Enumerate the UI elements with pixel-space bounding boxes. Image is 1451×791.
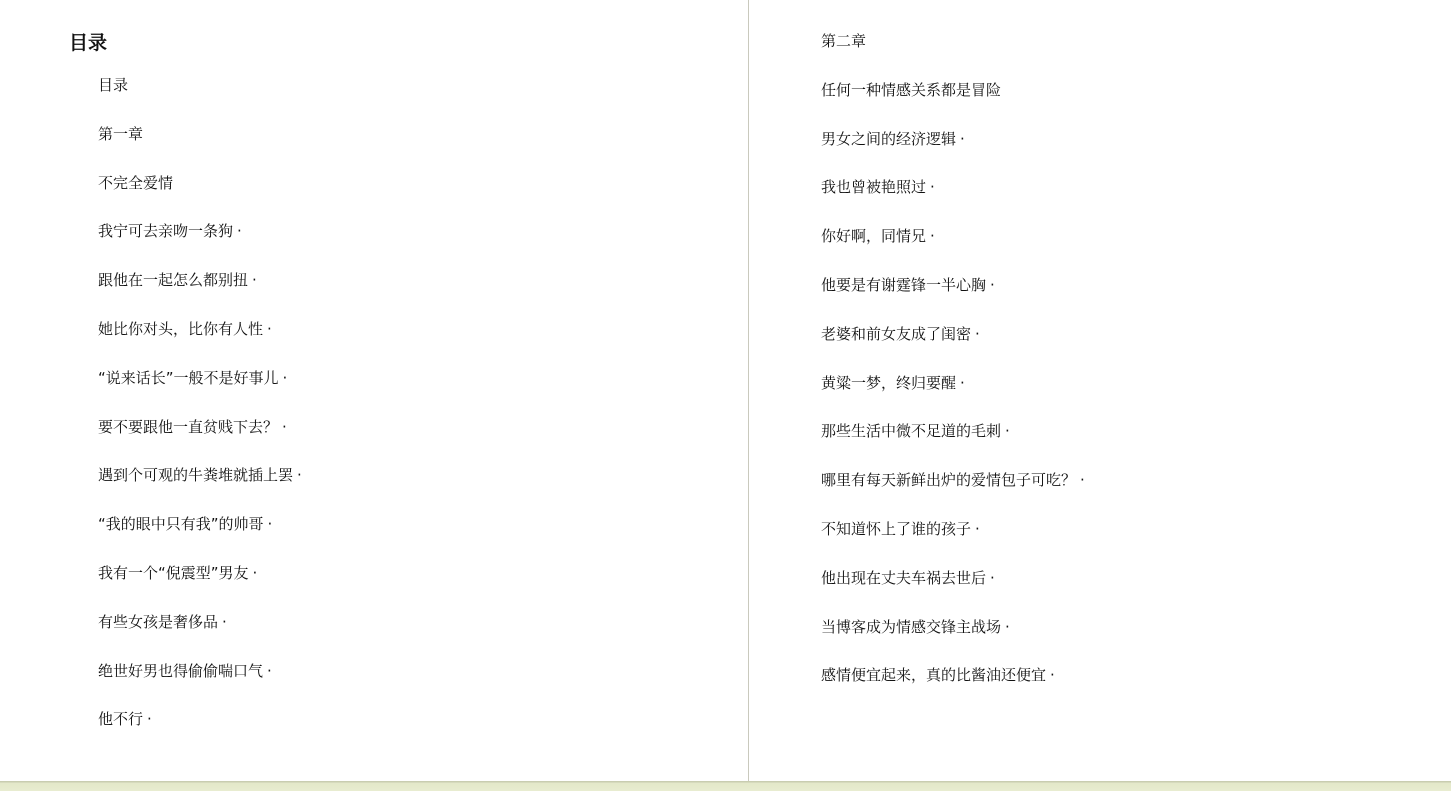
toc-item-label: 目录 bbox=[98, 76, 128, 94]
toc-item[interactable]: 要不要跟他一直贫贱下去？· bbox=[98, 417, 302, 466]
toc-item[interactable]: 你好啊，同情兄· bbox=[821, 226, 1085, 275]
toc-dot: · bbox=[252, 271, 257, 289]
toc-dot: · bbox=[1005, 422, 1010, 440]
toc-dot: · bbox=[253, 564, 258, 582]
toc-item[interactable]: 我也曾被艳照过· bbox=[821, 177, 1085, 226]
toc-item-label: 绝世好男也得偷偷喘口气 bbox=[98, 662, 263, 680]
toc-item[interactable]: 他不行· bbox=[98, 709, 302, 758]
toc-list-right: 第二章 任何一种情感关系都是冒险 男女之间的经济逻辑· 我也曾被艳照过· 你好啊… bbox=[821, 31, 1085, 714]
toc-item-label: 黄粱一梦，终归要醒 bbox=[821, 374, 956, 392]
toc-list-left: 目录 第一章 不完全爱情 我宁可去亲吻一条狗· 跟他在一起怎么都别扭· 她比你对… bbox=[98, 75, 302, 758]
toc-item[interactable]: 他出现在丈夫车祸去世后· bbox=[821, 568, 1085, 617]
toc-item[interactable]: 不完全爱情 bbox=[98, 173, 302, 222]
toc-dot: · bbox=[268, 515, 273, 533]
toc-dot: · bbox=[297, 466, 302, 484]
toc-item-label: 遇到个可观的牛粪堆就插上罢 bbox=[98, 466, 293, 484]
toc-dot: · bbox=[930, 178, 935, 196]
toc-dot: · bbox=[147, 710, 152, 728]
toc-item[interactable]: 男女之间的经济逻辑· bbox=[821, 129, 1085, 178]
toc-item-label: “我的眼中只有我”的帅哥 bbox=[98, 515, 264, 533]
toc-item-label: 他出现在丈夫车祸去世后 bbox=[821, 569, 986, 587]
toc-item-label: 我有一个“倪震型”男友 bbox=[98, 564, 249, 582]
toc-item-label: 任何一种情感关系都是冒险 bbox=[821, 81, 1001, 99]
toc-item[interactable]: “说来话长”一般不是好事儿· bbox=[98, 368, 302, 417]
right-page: 第二章 任何一种情感关系都是冒险 男女之间的经济逻辑· 我也曾被艳照过· 你好啊… bbox=[749, 0, 1451, 781]
toc-item-label: 哪里有每天新鲜出炉的爱情包子可吃？ bbox=[821, 471, 1076, 489]
toc-item[interactable]: 她比你对头，比你有人性· bbox=[98, 319, 302, 368]
toc-item-label: 他要是有谢霆锋一半心胸 bbox=[821, 276, 986, 294]
toc-item[interactable]: 不知道怀上了谁的孩子· bbox=[821, 519, 1085, 568]
toc-dot: · bbox=[283, 369, 288, 387]
toc-dot: · bbox=[222, 613, 227, 631]
toc-item-label: 当博客成为情感交锋主战场 bbox=[821, 618, 1001, 636]
toc-dot: · bbox=[237, 222, 242, 240]
toc-dot: · bbox=[282, 418, 287, 436]
toc-dot: · bbox=[975, 325, 980, 343]
toc-dot: · bbox=[1050, 666, 1055, 684]
toc-item[interactable]: 当博客成为情感交锋主战场· bbox=[821, 617, 1085, 666]
toc-dot: · bbox=[990, 276, 995, 294]
toc-item-label: 要不要跟他一直贫贱下去？ bbox=[98, 418, 278, 436]
toc-dot: · bbox=[267, 662, 272, 680]
toc-item[interactable]: 我宁可去亲吻一条狗· bbox=[98, 221, 302, 270]
toc-item[interactable]: 目录 bbox=[98, 75, 302, 124]
toc-item-label: 不完全爱情 bbox=[98, 174, 173, 192]
toc-item[interactable]: 老婆和前女友成了闺密· bbox=[821, 324, 1085, 373]
toc-item[interactable]: 绝世好男也得偷偷喘口气· bbox=[98, 661, 302, 710]
toc-dot: · bbox=[1005, 618, 1010, 636]
left-page: 目录 目录 第一章 不完全爱情 我宁可去亲吻一条狗· 跟他在一起怎么都别扭· 她… bbox=[0, 0, 748, 781]
toc-dot: · bbox=[1080, 471, 1085, 489]
toc-item[interactable]: 黄粱一梦，终归要醒· bbox=[821, 373, 1085, 422]
toc-item[interactable]: 跟他在一起怎么都别扭· bbox=[98, 270, 302, 319]
toc-dot: · bbox=[975, 520, 980, 538]
toc-item-label: 跟他在一起怎么都别扭 bbox=[98, 271, 248, 289]
toc-item[interactable]: 他要是有谢霆锋一半心胸· bbox=[821, 275, 1085, 324]
toc-item-label: 你好啊，同情兄 bbox=[821, 227, 926, 245]
toc-item-label: 他不行 bbox=[98, 710, 143, 728]
toc-item[interactable]: 有些女孩是奢侈品· bbox=[98, 612, 302, 661]
toc-item[interactable]: 我有一个“倪震型”男友· bbox=[98, 563, 302, 612]
toc-item-label: 那些生活中微不足道的毛刺 bbox=[821, 422, 1001, 440]
toc-item-label: 不知道怀上了谁的孩子 bbox=[821, 520, 971, 538]
toc-dot: · bbox=[990, 569, 995, 587]
toc-dot: · bbox=[267, 320, 272, 338]
toc-item-label: 第二章 bbox=[821, 32, 866, 50]
toc-item-label: “说来话长”一般不是好事儿 bbox=[98, 369, 279, 387]
toc-item[interactable]: 那些生活中微不足道的毛刺· bbox=[821, 421, 1085, 470]
toc-item[interactable]: 第一章 bbox=[98, 124, 302, 173]
toc-dot: · bbox=[930, 227, 935, 245]
toc-item-label: 老婆和前女友成了闺密 bbox=[821, 325, 971, 343]
toc-item-label: 她比你对头，比你有人性 bbox=[98, 320, 263, 338]
toc-dot: · bbox=[960, 374, 965, 392]
toc-item[interactable]: 感情便宜起来，真的比酱油还便宜· bbox=[821, 665, 1085, 714]
toc-dot: · bbox=[960, 130, 965, 148]
toc-title: 目录 bbox=[69, 31, 107, 55]
toc-item-label: 第一章 bbox=[98, 125, 143, 143]
toc-item-label: 我也曾被艳照过 bbox=[821, 178, 926, 196]
toc-item-label: 有些女孩是奢侈品 bbox=[98, 613, 218, 631]
toc-item-label: 感情便宜起来，真的比酱油还便宜 bbox=[821, 666, 1046, 684]
toc-item[interactable]: 任何一种情感关系都是冒险 bbox=[821, 80, 1085, 129]
toc-item[interactable]: “我的眼中只有我”的帅哥· bbox=[98, 514, 302, 563]
toc-item[interactable]: 遇到个可观的牛粪堆就插上罢· bbox=[98, 465, 302, 514]
toc-item[interactable]: 哪里有每天新鲜出炉的爱情包子可吃？· bbox=[821, 470, 1085, 519]
bottom-bar bbox=[0, 781, 1451, 791]
toc-item[interactable]: 第二章 bbox=[821, 31, 1085, 80]
toc-item-label: 男女之间的经济逻辑 bbox=[821, 130, 956, 148]
toc-item-label: 我宁可去亲吻一条狗 bbox=[98, 222, 233, 240]
